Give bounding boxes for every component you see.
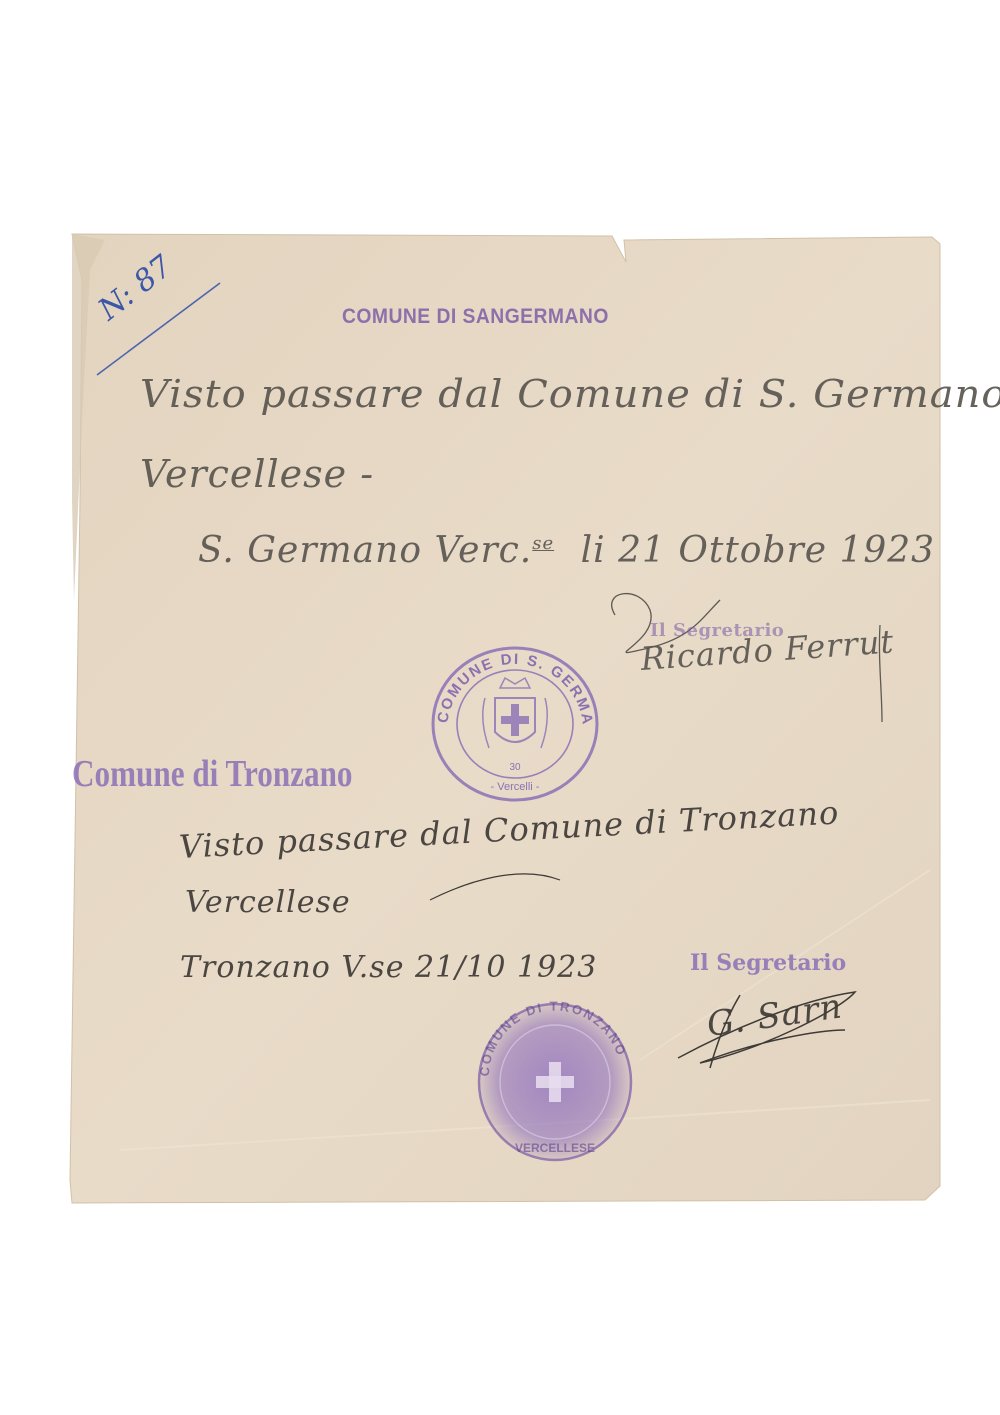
header-stamp: COMUNE DI SANGERMANO xyxy=(342,305,609,329)
section1-place-date: S. Germano Verc.se li 21 Ottobre 1923 xyxy=(198,530,935,571)
section1-place: S. Germano Verc. xyxy=(198,530,532,571)
seal1-ring-text: COMUNE DI S. GERMANO xyxy=(425,640,596,727)
section1-date: li 21 Ottobre 1923 xyxy=(581,530,935,571)
section2-line2: Vercellese xyxy=(185,885,351,920)
seal2-bottom-text: VERCELLESE xyxy=(515,1141,595,1155)
cross-shield-icon xyxy=(483,678,548,748)
tronzano-stamp: Comune di Tronzano xyxy=(72,752,353,796)
seal-tronzano: COMUNE DI TRONZANO VERCELLESE xyxy=(470,1000,640,1170)
seal1-code: 30 xyxy=(509,762,521,773)
svg-text:COMUNE DI S. GERMANO: COMUNE DI S. GERMANO xyxy=(425,640,596,727)
seal1-bottom-text: - Vercelli - xyxy=(491,781,540,793)
section2-secretary-stamp: Il Segretario xyxy=(690,950,846,976)
seal-san-germano: COMUNE DI S. GERMANO - Vercelli - 30 xyxy=(425,640,605,805)
section1-place-superscript: se xyxy=(532,533,554,554)
section2-place-date: Tronzano V.se 21/10 1923 xyxy=(180,950,597,985)
section1-line2: Vercellese - xyxy=(140,452,374,496)
section1-line1: Visto passare dal Comune di S. Germano xyxy=(140,372,1000,416)
